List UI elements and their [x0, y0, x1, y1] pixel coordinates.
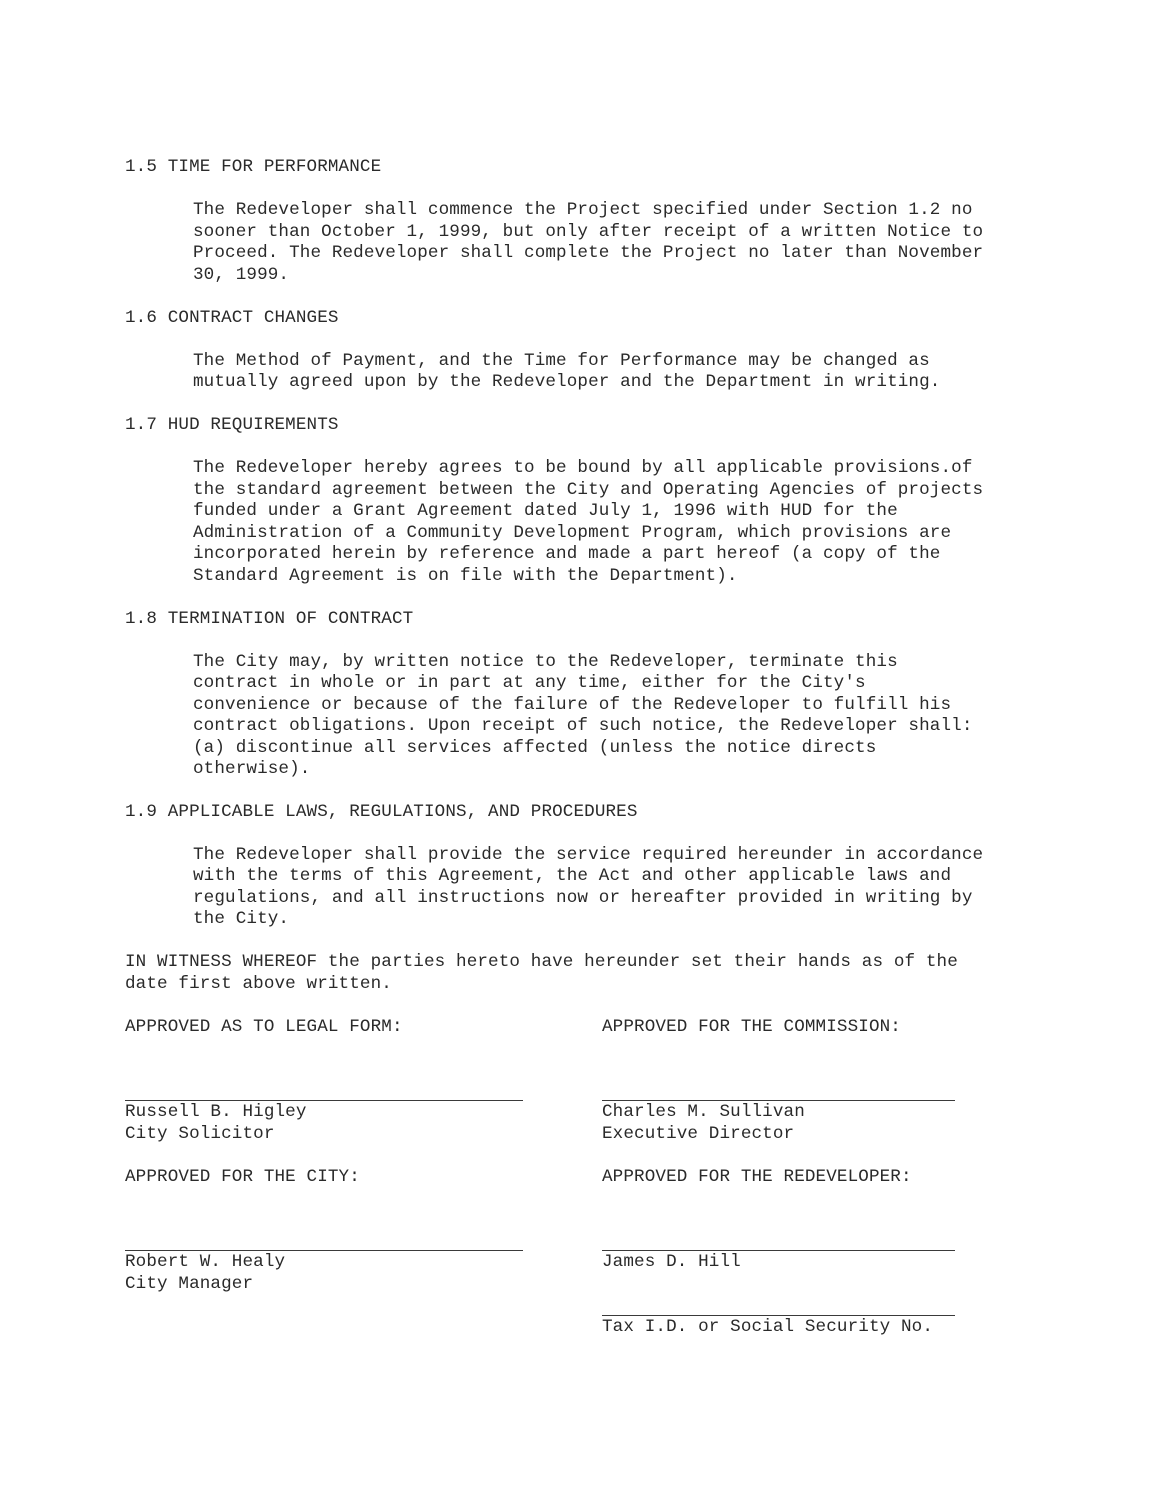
witness-text: IN WITNESS WHEREOF the parties hereto ha… [125, 952, 958, 974]
section-text: The Redeveloper shall commence the Proje… [193, 200, 973, 222]
section-heading-1-5: 1.5 TIME FOR PERFORMANCE [125, 157, 381, 179]
tax-id-label: Tax I.D. or Social Security No. [602, 1317, 933, 1339]
redeveloper-approval-label: APPROVED FOR THE REDEVELOPER: [602, 1167, 912, 1189]
redeveloper-signer-name: James D. Hill [602, 1252, 741, 1274]
section-text: funded under a Grant Agreement dated Jul… [193, 501, 898, 523]
section-heading-1-9: 1.9 APPLICABLE LAWS, REGULATIONS, AND PR… [125, 802, 638, 824]
section-text: contract in whole or in part at any time… [193, 673, 866, 695]
section-text: regulations, and all instructions now or… [193, 888, 973, 910]
section-text: contract obligations. Upon receipt of su… [193, 716, 973, 738]
signature-line-commission [602, 1100, 955, 1101]
section-heading-1-8: 1.8 TERMINATION OF CONTRACT [125, 609, 413, 631]
section-heading-1-6: 1.6 CONTRACT CHANGES [125, 308, 339, 330]
witness-text: date first above written. [125, 974, 392, 996]
section-text: 30, 1999. [193, 265, 289, 287]
legal-signer-name: Russell B. Higley [125, 1102, 307, 1124]
section-text: sooner than October 1, 1999, but only af… [193, 222, 983, 244]
section-text: otherwise). [193, 759, 310, 781]
section-text: The City may, by written notice to the R… [193, 652, 898, 674]
section-text: incorporated herein by reference and mad… [193, 544, 940, 566]
section-heading-1-7: 1.7 HUD REQUIREMENTS [125, 415, 339, 437]
section-text: (a) discontinue all services affected (u… [193, 738, 876, 760]
section-text: The Method of Payment, and the Time for … [193, 351, 930, 373]
section-text: Standard Agreement is on file with the D… [193, 566, 738, 588]
commission-signer-name: Charles M. Sullivan [602, 1102, 805, 1124]
section-text: Proceed. The Redeveloper shall complete … [193, 243, 983, 265]
section-text: mutually agreed upon by the Redeveloper … [193, 372, 940, 394]
section-text: convenience or because of the failure of… [193, 695, 951, 717]
section-text: The Redeveloper hereby agrees to be boun… [193, 458, 973, 480]
city-approval-label: APPROVED FOR THE CITY: [125, 1167, 360, 1189]
section-text: with the terms of this Agreement, the Ac… [193, 866, 951, 888]
city-signer-title: City Manager [125, 1274, 253, 1296]
section-text: The Redeveloper shall provide the servic… [193, 845, 983, 867]
section-text: Administration of a Community Developmen… [193, 523, 951, 545]
signature-line-legal [125, 1100, 523, 1101]
legal-signer-title: City Solicitor [125, 1124, 275, 1146]
tax-id-line [602, 1315, 955, 1316]
section-text: the City. [193, 909, 289, 931]
signature-line-redeveloper [602, 1250, 955, 1251]
commission-approval-label: APPROVED FOR THE COMMISSION: [602, 1017, 901, 1039]
city-signer-name: Robert W. Healy [125, 1252, 285, 1274]
legal-approval-label: APPROVED AS TO LEGAL FORM: [125, 1017, 403, 1039]
commission-signer-title: Executive Director [602, 1124, 794, 1146]
signature-line-city [125, 1250, 523, 1251]
section-text: the standard agreement between the City … [193, 480, 983, 502]
